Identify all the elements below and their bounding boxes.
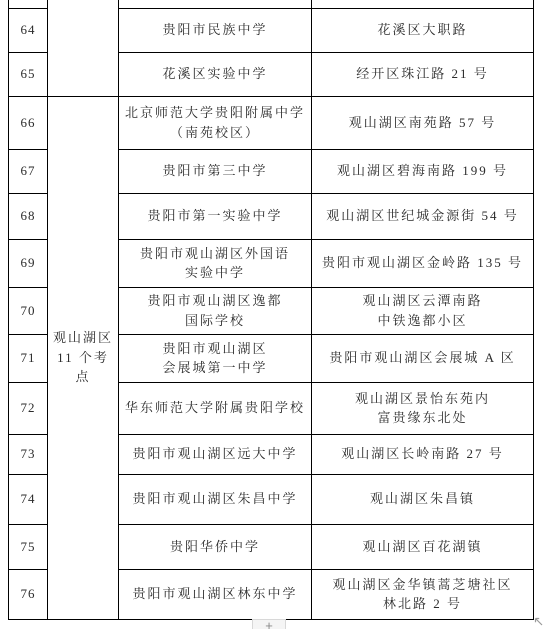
school-name-cell: 贵阳市观山湖区林东中学 — [119, 569, 312, 619]
site-number-cell: 64 — [9, 8, 48, 52]
school-name-cell: 贵阳市观山湖区外国语 实验中学 — [119, 239, 312, 287]
address-cell — [312, 0, 534, 8]
site-number-cell: 74 — [9, 474, 48, 524]
address-cell: 观山湖区南苑路 57 号 — [312, 96, 534, 149]
address-cell: 观山湖区世纪城金源街 54 号 — [312, 193, 534, 239]
site-number-cell: 75 — [9, 524, 48, 569]
school-name-cell: 北京师范大学贵阳附属中学 （南苑校区） — [119, 96, 312, 149]
site-number-cell: 66 — [9, 96, 48, 149]
address-cell: 观山湖区金华镇蒿芝塘社区 林北路 2 号 — [312, 569, 534, 619]
school-name-cell: 贵阳市观山湖区朱昌中学 — [119, 474, 312, 524]
school-name-cell — [119, 0, 312, 8]
district-cell: 观山湖区 11 个考 点 — [48, 96, 119, 619]
school-name-cell: 贵阳市第一实验中学 — [119, 193, 312, 239]
address-cell: 观山湖区碧海南路 199 号 — [312, 149, 534, 193]
table-row: 66 观山湖区 11 个考 点 北京师范大学贵阳附属中学 （南苑校区） 观山湖区… — [9, 96, 534, 149]
site-number-cell: 72 — [9, 382, 48, 434]
school-name-cell: 华东师范大学附属贵阳学校 — [119, 382, 312, 434]
site-number-cell: 65 — [9, 52, 48, 96]
address-cell: 贵阳市观山湖区会展城 A 区 — [312, 334, 534, 382]
address-cell: 观山湖区百花湖镇 — [312, 524, 534, 569]
school-name-cell: 贵阳华侨中学 — [119, 524, 312, 569]
school-name-cell: 贵阳市民族中学 — [119, 8, 312, 52]
site-number-cell: 76 — [9, 569, 48, 619]
exam-sites-table: 64 贵阳市民族中学 花溪区大职路 65 花溪区实验中学 经开区珠江路 21 号… — [8, 0, 534, 620]
address-cell: 观山湖区云潭南路 中铁逸都小区 — [312, 287, 534, 334]
address-cell: 观山湖区景怡东苑内 富贵缘东北处 — [312, 382, 534, 434]
site-number-cell: 71 — [9, 334, 48, 382]
plus-icon: + — [265, 618, 273, 629]
site-number-cell: 69 — [9, 239, 48, 287]
district-cell-prev — [48, 0, 119, 96]
school-name-cell: 贵阳市观山湖区逸都 国际学校 — [119, 287, 312, 334]
table-row-partial — [9, 0, 534, 8]
school-name-cell: 贵阳市观山湖区 会展城第一中学 — [119, 334, 312, 382]
site-number-cell: 70 — [9, 287, 48, 334]
site-number-cell: 67 — [9, 149, 48, 193]
site-number-cell: 68 — [9, 193, 48, 239]
address-cell: 花溪区大职路 — [312, 8, 534, 52]
site-number-cell: 73 — [9, 434, 48, 474]
school-name-cell: 贵阳市第三中学 — [119, 149, 312, 193]
address-cell: 经开区珠江路 21 号 — [312, 52, 534, 96]
add-row-button[interactable]: + — [252, 619, 286, 629]
address-cell: 观山湖区朱昌镇 — [312, 474, 534, 524]
site-number-cell — [9, 0, 48, 8]
school-name-cell: 花溪区实验中学 — [119, 52, 312, 96]
nw-arrow-icon[interactable] — [534, 613, 543, 622]
address-cell: 贵阳市观山湖区金岭路 135 号 — [312, 239, 534, 287]
school-name-cell: 贵阳市观山湖区远大中学 — [119, 434, 312, 474]
address-cell: 观山湖区长岭南路 27 号 — [312, 434, 534, 474]
